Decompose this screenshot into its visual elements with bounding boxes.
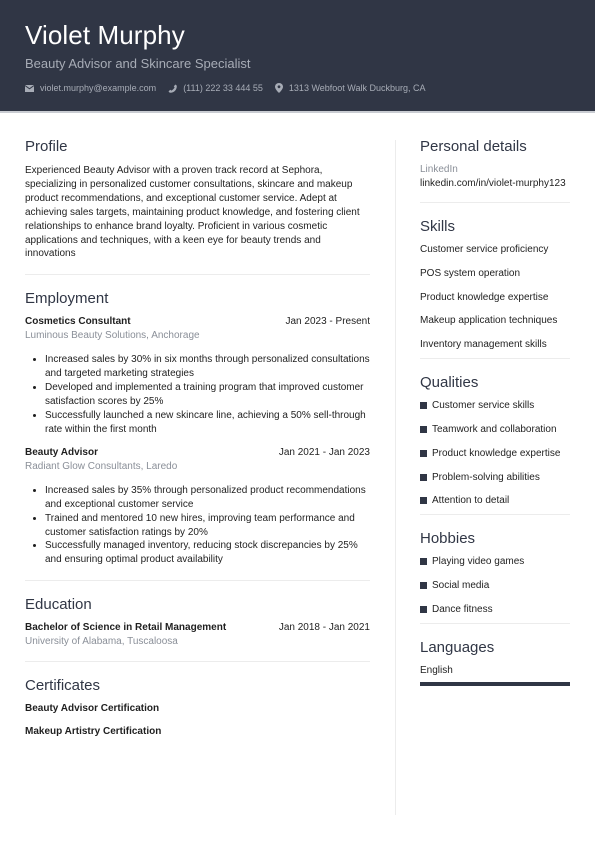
hobby-label: Dance fitness [432, 604, 493, 615]
quality-label: Problem-solving abilities [432, 472, 540, 483]
quality-item: Customer service skills [420, 400, 570, 424]
map-pin-icon [275, 83, 283, 93]
sidebar-column: Personal details LinkedIn linkedin.com/i… [420, 138, 570, 686]
job-bullet: Successfully managed inventory, reducing… [45, 539, 370, 567]
square-bullet-icon [420, 582, 427, 589]
job-title: Cosmetics Consultant [25, 316, 131, 327]
hobby-label: Playing video games [432, 556, 524, 567]
section-divider [25, 661, 370, 662]
section-title-languages: Languages [420, 639, 570, 656]
section-title-skills: Skills [420, 218, 570, 235]
quality-label: Product knowledge expertise [432, 448, 560, 459]
square-bullet-icon [420, 402, 427, 409]
quality-item: Attention to detail [420, 495, 570, 509]
quality-item: Teamwork and collaboration [420, 424, 570, 448]
square-bullet-icon [420, 558, 427, 565]
profile-summary: Experienced Beauty Advisor with a proven… [25, 164, 370, 261]
skills-section: Skills Customer service proficiency POS … [420, 218, 570, 353]
resume-header: Violet Murphy Beauty Advisor and Skincar… [0, 0, 595, 113]
linkedin-value[interactable]: linkedin.com/in/violet-murphy123 [420, 178, 570, 189]
job-bullet: Developed and implemented a training pro… [45, 381, 370, 409]
hobby-item: Social media [420, 580, 570, 604]
section-divider [25, 274, 370, 275]
square-bullet-icon [420, 426, 427, 433]
education-section: Education Bachelor of Science in Retail … [25, 596, 370, 647]
contact-row: violet.murphy@example.com (111) 222 33 4… [25, 83, 438, 93]
email-text: violet.murphy@example.com [40, 83, 156, 93]
language-level-bar [420, 682, 570, 686]
section-divider [420, 623, 570, 624]
job-bullet: Trained and mentored 10 new hires, impro… [45, 512, 370, 540]
column-divider [395, 140, 396, 815]
candidate-title: Beauty Advisor and Skincare Specialist [25, 56, 250, 71]
skill-item: POS system operation [420, 268, 570, 292]
profile-section: Profile Experienced Beauty Advisor with … [25, 138, 370, 261]
job-dates: Jan 2023 - Present [286, 316, 371, 327]
contact-phone[interactable]: (111) 222 33 444 55 [168, 83, 263, 93]
section-title-employment: Employment [25, 290, 370, 307]
skill-item: Inventory management skills [420, 339, 570, 353]
job-bullet: Increased sales by 35% through personali… [45, 484, 370, 512]
section-divider [420, 358, 570, 359]
education-dates: Jan 2018 - Jan 2021 [279, 622, 370, 633]
quality-item: Problem-solving abilities [420, 472, 570, 496]
personal-details-section: Personal details LinkedIn linkedin.com/i… [420, 138, 570, 189]
hobby-item: Playing video games [420, 556, 570, 580]
phone-icon [168, 84, 177, 93]
job-title: Beauty Advisor [25, 447, 98, 458]
job-entry: Cosmetics Consultant Jan 2023 - Present … [25, 316, 370, 436]
certificate-item: Beauty Advisor Certification [25, 703, 370, 714]
section-title-education: Education [25, 596, 370, 613]
job-company: Radiant Glow Consultants, Laredo [25, 461, 370, 472]
section-title-profile: Profile [25, 138, 370, 155]
square-bullet-icon [420, 450, 427, 457]
job-company: Luminous Beauty Solutions, Anchorage [25, 330, 370, 341]
job-bullets: Increased sales by 35% through personali… [25, 484, 370, 567]
envelope-icon [25, 85, 34, 92]
address-text: 1313 Webfoot Walk Duckburg, CA [289, 83, 426, 93]
section-divider [25, 580, 370, 581]
linkedin-label: LinkedIn [420, 164, 570, 175]
square-bullet-icon [420, 474, 427, 481]
school-name: University of Alabama, Tuscaloosa [25, 636, 370, 647]
section-title-personal-details: Personal details [420, 138, 570, 155]
section-title-hobbies: Hobbies [420, 530, 570, 547]
languages-section: Languages English [420, 639, 570, 686]
job-bullet: Increased sales by 30% in six months thr… [45, 353, 370, 381]
section-title-qualities: Qualities [420, 374, 570, 391]
quality-item: Product knowledge expertise [420, 448, 570, 472]
job-bullets: Increased sales by 30% in six months thr… [25, 353, 370, 436]
section-divider [420, 202, 570, 203]
quality-label: Teamwork and collaboration [432, 424, 557, 435]
certificate-item: Makeup Artistry Certification [25, 726, 370, 737]
skill-item: Customer service proficiency [420, 244, 570, 268]
main-column: Profile Experienced Beauty Advisor with … [25, 138, 370, 737]
hobby-item: Dance fitness [420, 604, 570, 618]
degree-title: Bachelor of Science in Retail Management [25, 622, 226, 633]
contact-email[interactable]: violet.murphy@example.com [25, 83, 156, 93]
hobby-label: Social media [432, 580, 489, 591]
job-bullet: Successfully launched a new skincare lin… [45, 409, 370, 437]
employment-section: Employment Cosmetics Consultant Jan 2023… [25, 290, 370, 567]
contact-address: 1313 Webfoot Walk Duckburg, CA [275, 83, 426, 93]
section-title-certificates: Certificates [25, 677, 370, 694]
job-dates: Jan 2021 - Jan 2023 [279, 447, 370, 458]
qualities-section: Qualities Customer service skills Teamwo… [420, 374, 570, 509]
square-bullet-icon [420, 606, 427, 613]
certificates-section: Certificates Beauty Advisor Certificatio… [25, 677, 370, 737]
candidate-name: Violet Murphy [25, 20, 185, 51]
skill-item: Product knowledge expertise [420, 292, 570, 316]
section-divider [420, 514, 570, 515]
phone-text: (111) 222 33 444 55 [183, 83, 263, 93]
quality-label: Attention to detail [432, 495, 509, 506]
hobbies-section: Hobbies Playing video games Social media… [420, 530, 570, 618]
language-name: English [420, 665, 570, 676]
quality-label: Customer service skills [432, 400, 534, 411]
job-entry: Beauty Advisor Jan 2021 - Jan 2023 Radia… [25, 447, 370, 567]
language-level-fill [420, 682, 570, 686]
square-bullet-icon [420, 497, 427, 504]
skill-item: Makeup application techniques [420, 315, 570, 339]
